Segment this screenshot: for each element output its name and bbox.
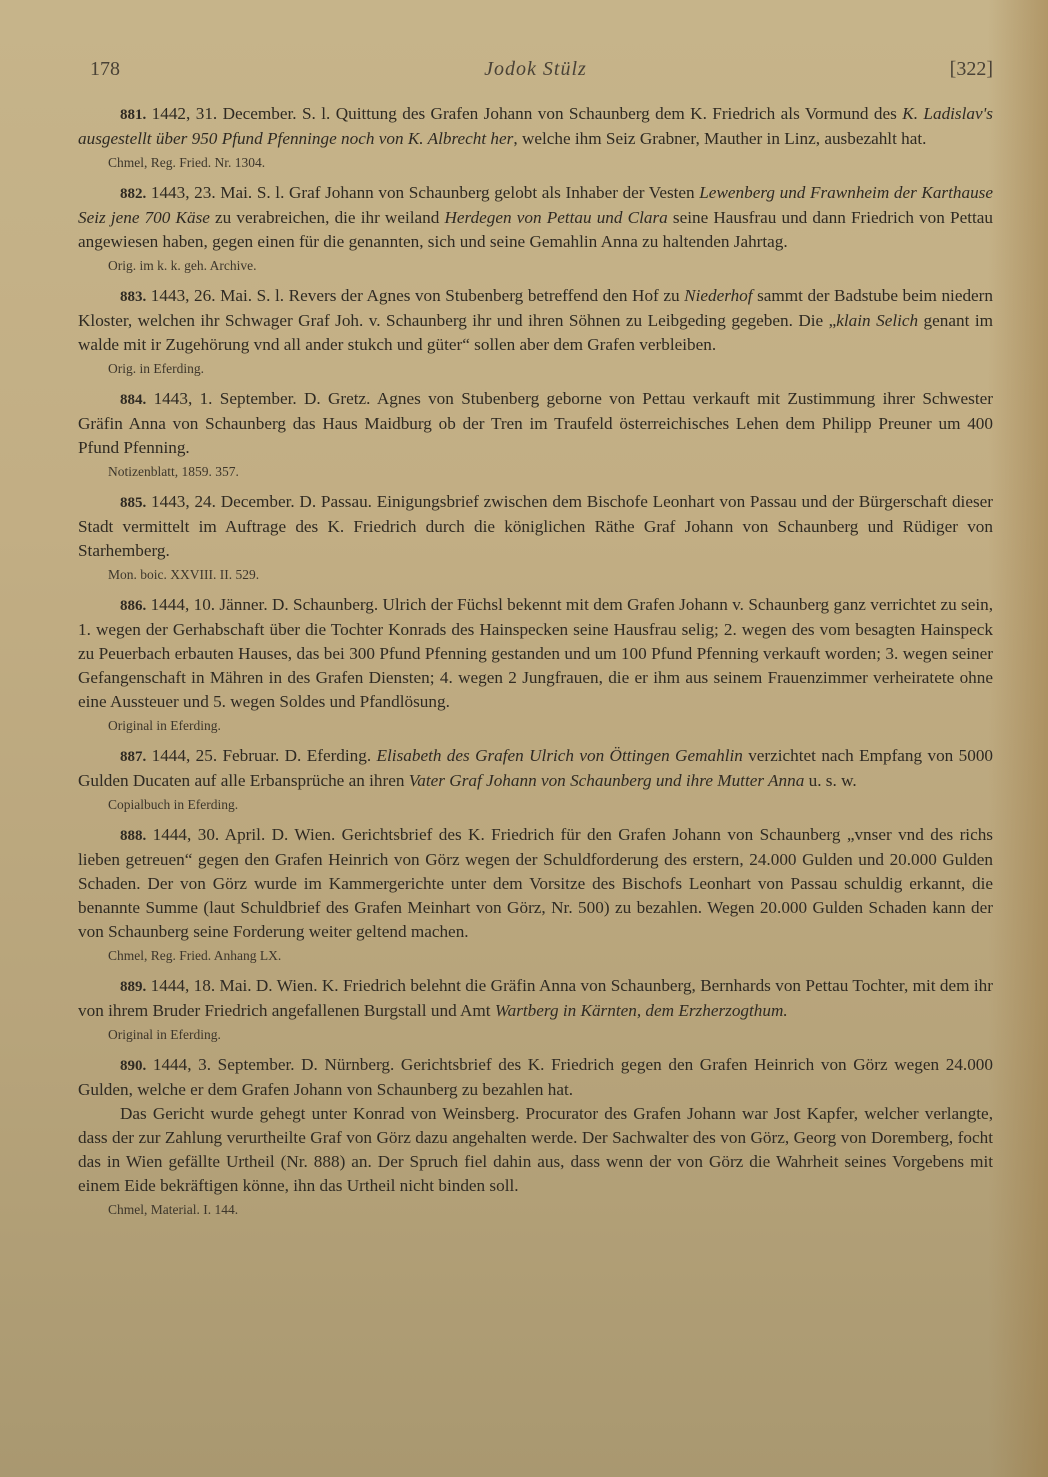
entry-source: Orig. in Eferding. [108,359,993,379]
entry-source: Notizenblatt, 1859. 357. [108,462,993,482]
entry-source: Chmel, Reg. Fried. Nr. 1304. [108,153,993,173]
entry-text: 881. 1442, 31. December. S. l. Quittung … [78,102,993,151]
body-text: , welche ihm Seiz Grabner, Mauther in Li… [513,129,926,148]
regest-entry-886: 886. 1444, 10. Jänner. D. Schaunberg. Ul… [78,593,993,736]
italic-text: Herdegen von Pettau und Clara [444,208,667,227]
entry-body: 1444, 3. September. D. Nürnberg. Gericht… [78,1055,993,1099]
entry-continuation: Das Gericht wurde gehegt unter Konrad vo… [78,1102,993,1198]
entry-number: 885. [120,495,146,511]
body-text: 1443, 1. September. D. Gretz. Agnes von … [78,389,993,457]
entry-source: Original in Eferding. [108,716,993,736]
entry-number: 883. [120,289,146,305]
original-page-number: [322] [950,58,993,81]
body-text: 1444, 3. September. D. Nürnberg. Gericht… [78,1055,993,1099]
italic-text: Wartberg in Kärnten, dem Erzherzogthum. [495,1001,788,1020]
entry-body: 1442, 31. December. S. l. Quittung des G… [78,104,993,148]
regest-entry-883: 883. 1443, 26. Mai. S. l. Revers der Agn… [78,284,993,379]
italic-text: klain Selich [836,311,918,330]
body-text: 1443, 23. Mai. S. l. Graf Johann von Sch… [146,183,699,202]
entry-source: Copialbuch in Eferding. [108,795,993,815]
entry-source: Original in Eferding. [108,1025,993,1045]
running-head: 178 Jodok Stülz [322] [78,58,993,88]
regest-entry-881: 881. 1442, 31. December. S. l. Quittung … [78,102,993,173]
entry-body: 1443, 23. Mai. S. l. Graf Johann von Sch… [78,183,993,251]
entry-text: 887. 1444, 25. Februar. D. Eferding. Eli… [78,744,993,793]
entry-text: 884. 1443, 1. September. D. Gretz. Agnes… [78,387,993,460]
body-text: u. s. w. [804,771,856,790]
entry-text: 889. 1444, 18. Mai. D. Wien. K. Friedric… [78,974,993,1023]
regest-entry-885: 885. 1443, 24. December. D. Passau. Eini… [78,490,993,585]
entry-source: Chmel, Material. I. 144. [108,1200,993,1220]
body-text: 1443, 26. Mai. S. l. Revers der Agnes vo… [146,286,684,305]
entry-number: 881. [120,107,146,123]
entry-number: 889. [120,979,146,995]
italic-text: Elisabeth des Grafen Ulrich von Öttingen… [377,746,743,765]
entry-number: 887. [120,749,146,765]
entry-body: 1444, 25. Februar. D. Eferding. Elisabet… [78,746,993,790]
entry-text: 882. 1443, 23. Mai. S. l. Graf Johann vo… [78,181,993,254]
entry-body: 1443, 24. December. D. Passau. Einigungs… [78,492,993,560]
entry-source: Mon. boic. XXVIII. II. 529. [108,565,993,585]
body-text: 1443, 24. December. D. Passau. Einigungs… [78,492,993,560]
entry-body: 1443, 1. September. D. Gretz. Agnes von … [78,389,993,457]
body-text: 1444, 25. Februar. D. Eferding. [146,746,376,765]
italic-text: Vater Graf Johann von Schaunberg und ihr… [409,771,805,790]
entry-body: 1444, 10. Jänner. D. Schaunberg. Ulrich … [78,595,993,711]
body-text: zu verabreichen, die ihr weiland [210,208,445,227]
entry-body: 1444, 30. April. D. Wien. Gerichtsbrief … [78,825,993,941]
entry-number: 890. [120,1058,146,1074]
running-title: Jodok Stülz [78,58,993,81]
regest-entry-889: 889. 1444, 18. Mai. D. Wien. K. Friedric… [78,974,993,1045]
body-text: 1444, 30. April. D. Wien. Gerichtsbrief … [78,825,993,941]
regesta-entries: 881. 1442, 31. December. S. l. Quittung … [78,102,993,1220]
entry-source: Orig. im k. k. geh. Archive. [108,256,993,276]
entry-text: 890. 1444, 3. September. D. Nürnberg. Ge… [78,1053,993,1102]
body-text: 1442, 31. December. S. l. Quittung des G… [146,104,902,123]
page-edge-shadow [988,0,1048,1477]
entry-number: 888. [120,828,146,844]
entry-text: 886. 1444, 10. Jänner. D. Schaunberg. Ul… [78,593,993,714]
regest-entry-888: 888. 1444, 30. April. D. Wien. Gerichtsb… [78,823,993,966]
entry-number: 884. [120,392,146,408]
regest-entry-882: 882. 1443, 23. Mai. S. l. Graf Johann vo… [78,181,993,276]
entry-text: 885. 1443, 24. December. D. Passau. Eini… [78,490,993,563]
regest-entry-884: 884. 1443, 1. September. D. Gretz. Agnes… [78,387,993,482]
entry-number: 886. [120,598,146,614]
regest-entry-890: 890. 1444, 3. September. D. Nürnberg. Ge… [78,1053,993,1220]
book-page: 178 Jodok Stülz [322] 881. 1442, 31. Dec… [78,58,993,1228]
italic-text: Niederhof [684,286,752,305]
entry-text: 883. 1443, 26. Mai. S. l. Revers der Agn… [78,284,993,357]
body-text: 1444, 10. Jänner. D. Schaunberg. Ulrich … [78,595,993,711]
entry-text: 888. 1444, 30. April. D. Wien. Gerichtsb… [78,823,993,944]
entry-number: 882. [120,186,146,202]
entry-body: 1444, 18. Mai. D. Wien. K. Friedrich bel… [78,976,993,1020]
entry-source: Chmel, Reg. Fried. Anhang LX. [108,946,993,966]
entry-body: 1443, 26. Mai. S. l. Revers der Agnes vo… [78,286,993,354]
regest-entry-887: 887. 1444, 25. Februar. D. Eferding. Eli… [78,744,993,815]
